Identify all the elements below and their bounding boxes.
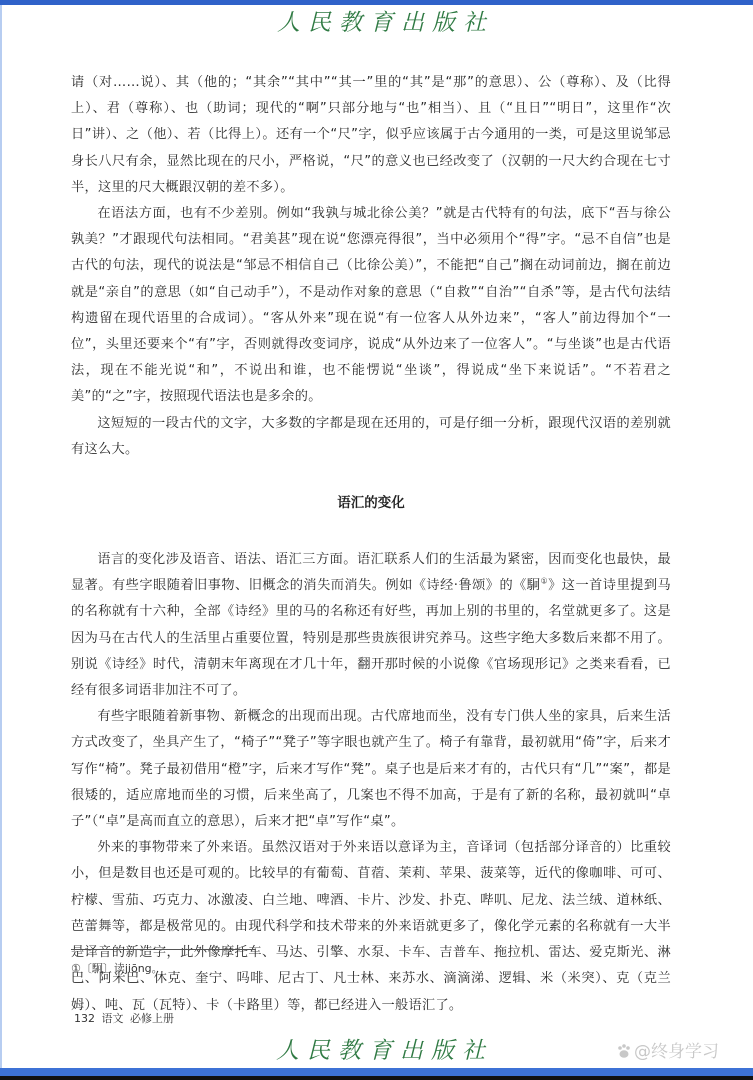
section-title: 语汇的变化 bbox=[71, 493, 671, 513]
paragraph-loanwords: 外来的事物带来了外来语。虽然汉语对于外来语以意译为主，音译词（包括部分译音的）比… bbox=[71, 835, 671, 1018]
top-border-bar bbox=[0, 0, 753, 5]
paragraph-new-words: 有些字眼随着新事物、新概念的出现而出现。古代席地而坐，没有专门供人坐的家具，后来… bbox=[71, 704, 671, 835]
watermark: @终身学习 bbox=[616, 1041, 719, 1063]
paragraph-grammar: 在语法方面，也有不少差别。例如“我孰与城北徐公美？”就是古代特有的句法，底下“吾… bbox=[71, 201, 671, 411]
watermark-text: @终身学习 bbox=[634, 1042, 719, 1062]
paragraph-text: 》这一首诗里提到马的名称就有十六种，全部《诗经》里的马的名称还有好些，再加上别的… bbox=[71, 578, 671, 698]
page-body: 请（对……说）、其（他的；“其余”“其中”“其一”里的“其”是“那”的意思）、公… bbox=[71, 70, 671, 1019]
footnote-reference[interactable]: ① bbox=[540, 577, 548, 586]
paragraph-summary: 这短短的一段古代的文字，大多数的字都是现在还用的，可是仔细一分析，跟现代汉语的差… bbox=[71, 411, 671, 463]
footnote: ①〔駉〕读jiōng。 bbox=[71, 961, 163, 977]
bottom-border-bar bbox=[0, 1068, 753, 1076]
left-border-line bbox=[0, 5, 2, 1069]
publisher-logo-header: 人民教育出版社 bbox=[277, 8, 494, 38]
paragraph-vocabulary-intro: 语言的变化涉及语音、语法、语汇三方面。语汇联系人们的生活最为紧密，因而变化也最快… bbox=[71, 547, 671, 704]
paragraph-1: 请（对……说）、其（他的；“其余”“其中”“其一”里的“其”是“那”的意思）、公… bbox=[71, 70, 671, 201]
bottom-edge-line bbox=[0, 1076, 753, 1080]
page-number-info: 132 语文 必修上册 bbox=[74, 1011, 174, 1027]
paw-icon bbox=[616, 1043, 632, 1059]
footnote-divider bbox=[71, 949, 256, 950]
publisher-logo-footer: 人民教育出版社 bbox=[276, 1036, 493, 1066]
